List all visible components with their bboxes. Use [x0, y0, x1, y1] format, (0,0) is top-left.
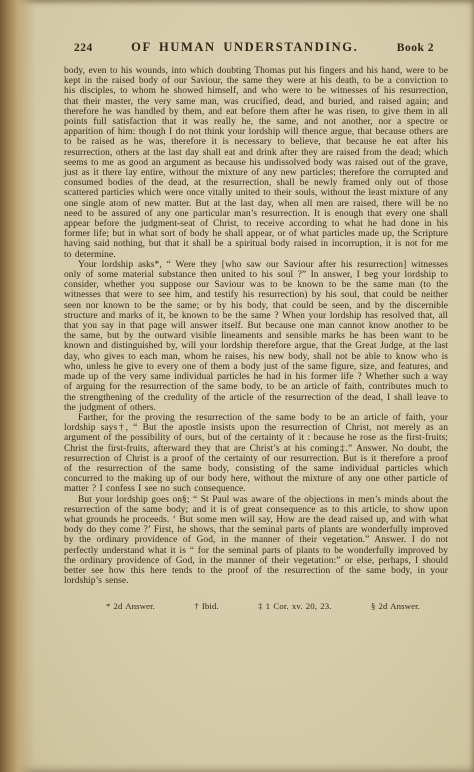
footnote-3: ‡1 Cor. xv. 20, 23.: [258, 601, 331, 611]
footnote-2-text: Ibid.: [202, 601, 219, 611]
body-paragraph-3: Farther, for the proving the resurrectio…: [64, 413, 448, 495]
footnotes: *2d Answer. †Ibid. ‡1 Cor. xv. 20, 23. §…: [106, 601, 420, 611]
book-page: 224 OF HUMAN UNDERSTANDING. Book 2 body,…: [0, 0, 474, 772]
footnote-4: §2d Answer.: [371, 601, 420, 611]
running-title: OF HUMAN UNDERSTANDING.: [131, 40, 358, 55]
book-label: Book 2: [397, 42, 434, 54]
footnote-1: *2d Answer.: [106, 601, 155, 611]
footnote-4-marker: §: [371, 601, 376, 611]
footnote-4-text: 2d Answer.: [378, 601, 420, 611]
footnote-3-marker: ‡: [258, 601, 263, 611]
footnote-1-marker: *: [106, 601, 111, 611]
footnote-2: †Ibid.: [194, 601, 218, 611]
page-gutter-shadow: [0, 0, 36, 772]
footnote-2-marker: †: [194, 601, 199, 611]
body-paragraph-4: But your lordship goes on§; “ St Paul wa…: [64, 495, 448, 587]
body-paragraph-2: Your lordship asks*, “ Were they [who sa…: [64, 260, 448, 413]
page-number: 224: [74, 42, 93, 54]
footnote-3-text: 1 Cor. xv. 20, 23.: [266, 601, 332, 611]
page-header: 224 OF HUMAN UNDERSTANDING. Book 2: [64, 40, 448, 55]
page-body: body, even to his wounds, into which dou…: [64, 66, 448, 612]
footnote-1-text: 2d Answer.: [114, 601, 156, 611]
body-paragraph-1: body, even to his wounds, into which dou…: [64, 66, 448, 260]
